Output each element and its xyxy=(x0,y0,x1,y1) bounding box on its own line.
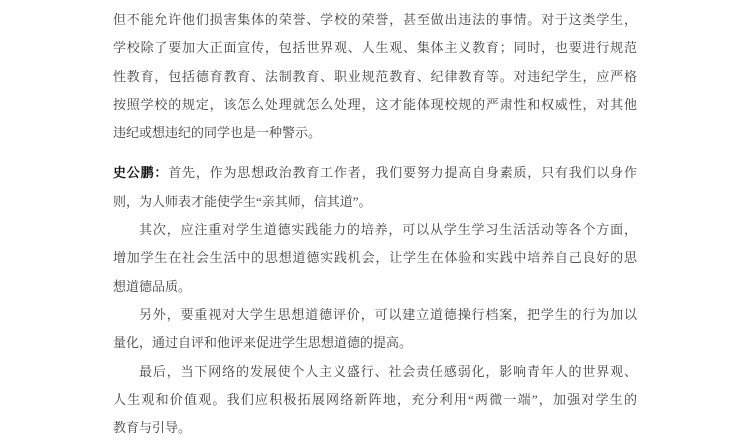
paragraph: 但不能允许他们损害集体的荣誉、学校的荣誉，甚至做出违法的事情。对于这类学生，学校… xyxy=(113,6,637,148)
text-line: 学校除了要加大正面宣传，包括世界观、人生观、集体主义教育；同时，也要进行规范 xyxy=(113,34,637,62)
text-line: 教育与引导。 xyxy=(113,414,637,442)
text-line: 想道德品质。 xyxy=(113,273,637,301)
paragraph: 其次，应注重对学生道德实践能力的培养，可以从学生学习生活活动等各个方面，增加学生… xyxy=(113,216,637,301)
document-page: 但不能允许他们损害集体的荣誉、学校的荣誉，甚至做出违法的事情。对于这类学生，学校… xyxy=(0,0,750,442)
text-line: 人生观和价值观。我们应积极拓展网络新阵地，充分利用“两微一端”，加强对学生的 xyxy=(113,386,637,414)
speaker-name: 史公鹏： xyxy=(113,165,168,180)
paragraph: 最后，当下网络的发展使个人主义盛行、社会责任感弱化，影响青年人的世界观、人生观和… xyxy=(113,358,637,442)
paragraph: 另外，要重视对大学生思想道德评价，可以建立道德操行档案，把学生的行为加以量化，通… xyxy=(113,301,637,358)
text-line: 增加学生在社会生活中的思想道德实践机会，让学生在体验和实践中培养自己良好的思 xyxy=(113,244,637,272)
document-text: 但不能允许他们损害集体的荣誉、学校的荣誉，甚至做出违法的事情。对于这类学生，学校… xyxy=(113,6,637,442)
text-line: 性教育，包括德育教育、法制教育、职业规范教育、纪律教育等。对违纪学生，应严格 xyxy=(113,63,637,91)
text-line: 最后，当下网络的发展使个人主义盛行、社会责任感弱化，影响青年人的世界观、 xyxy=(113,358,637,386)
paragraph: 史公鹏：首先，作为思想政治教育工作者，我们要努力提高自身素质，只有我们以身作则，… xyxy=(113,159,637,216)
text-line: 史公鹏：首先，作为思想政治教育工作者，我们要努力提高自身素质，只有我们以身作 xyxy=(113,159,637,187)
text-line: 违纪或想违纪的同学也是一种警示。 xyxy=(113,119,637,147)
text-line: 另外，要重视对大学生思想道德评价，可以建立道德操行档案，把学生的行为加以 xyxy=(113,301,637,329)
text-line: 量化，通过自评和他评来促进学生思想道德的提高。 xyxy=(113,329,637,357)
text-line: 其次，应注重对学生道德实践能力的培养，可以从学生学习生活活动等各个方面， xyxy=(113,216,637,244)
text-line: 按照学校的规定，该怎么处理就怎么处理，这才能体现校规的严肃性和权威性，对其他 xyxy=(113,91,637,119)
text-line: 但不能允许他们损害集体的荣誉、学校的荣誉，甚至做出违法的事情。对于这类学生， xyxy=(113,6,637,34)
text-line: 则，为人师表才能使学生“亲其师，信其道”。 xyxy=(113,188,637,216)
